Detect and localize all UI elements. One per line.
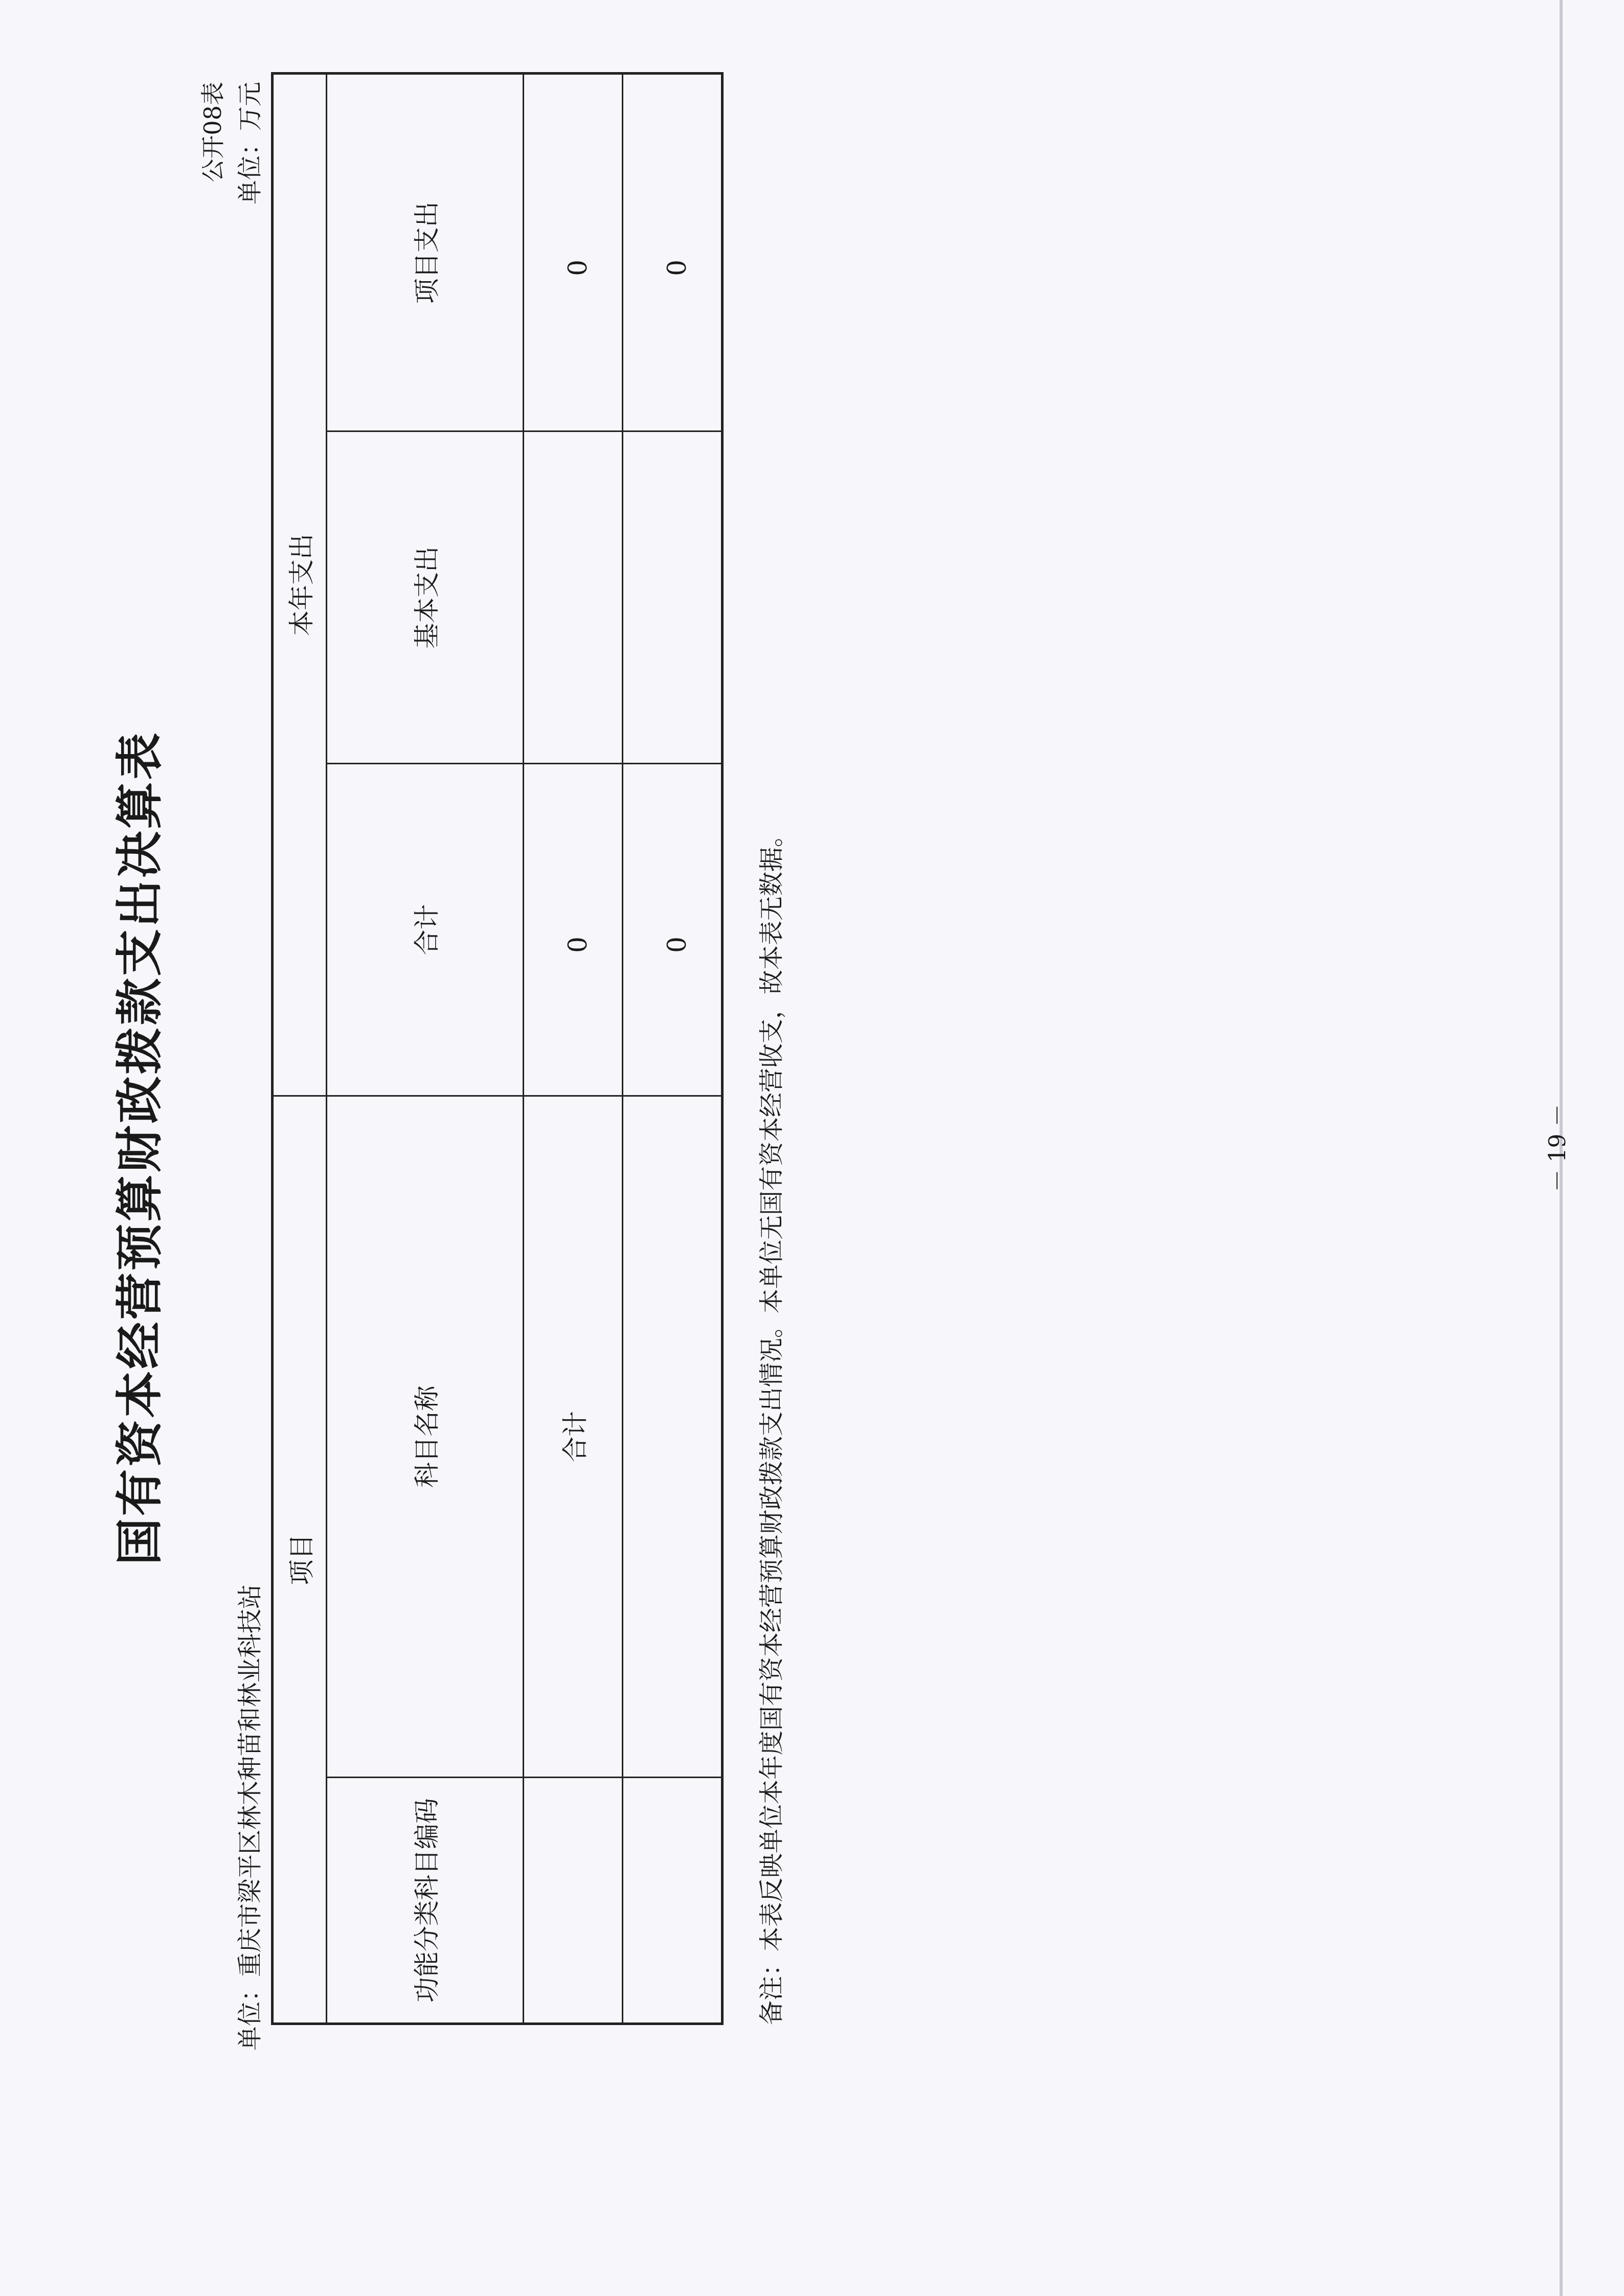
expenditure-table: 项目 本年支出 功能分类科目编码 科目名称 合计 基本支出 项目支出 合计 0 … [271,72,724,2025]
cell-code [524,1777,623,2024]
header-code: 功能分类科目编码 [327,1777,524,2024]
cell-project: 0 [524,74,623,431]
header-item: 项目 [273,1096,327,2024]
page-title: 国有资本经营预算财政拨款支出决算表 [102,0,170,2296]
header-project: 项目支出 [327,74,524,431]
cell-total: 0 [524,764,623,1096]
cell-total: 0 [623,764,723,1096]
header-name: 科目名称 [327,1096,524,1777]
cell-basic [623,431,723,764]
page-number: － 19 － [1539,0,1572,2296]
cell-project: 0 [623,74,723,431]
unit-organization: 单位：重庆市梁平区林木种苗和林业科技站 [230,1584,265,2051]
header-current-year: 本年支出 [273,74,327,1096]
header-total: 合计 [327,764,524,1096]
table-number: 公开08表 [194,82,228,183]
cell-name: 合计 [524,1096,623,1777]
table-row: 合计 0 0 [524,74,623,2024]
cell-code [623,1777,723,2024]
cell-basic [524,431,623,764]
header-basic: 基本支出 [327,431,524,764]
unit-currency: 单位：万元 [230,82,265,204]
footnote: 备注：本表反映单位本年度国有资本经营预算财政拨款支出情况。本单位无国有资本经营收… [752,823,787,2025]
table-row: 0 0 [623,74,723,2024]
document-page: 国有资本经营预算财政拨款支出决算表 公开08表 单位：重庆市梁平区林木种苗和林业… [0,0,1624,2296]
cell-name [623,1096,723,1777]
